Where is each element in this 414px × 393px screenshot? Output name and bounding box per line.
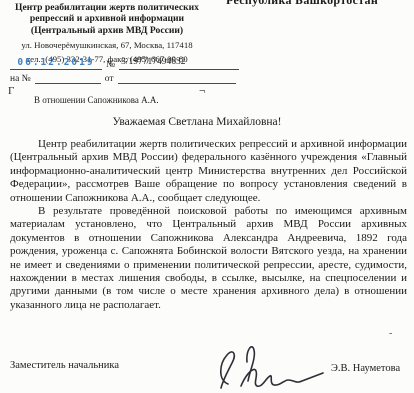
subject-line: В отношении Сапожникова А.А. [34, 95, 159, 105]
reference-row-outgoing: 06.12.2019 № 3/197717494632 [10, 57, 242, 70]
from-label: от [101, 74, 118, 84]
address-zone-corner-left: Г [8, 85, 14, 97]
paragraph: В результате проведённой поисковой работ… [10, 205, 407, 312]
recipient-region: Республика Башкортостан [226, 0, 378, 8]
scanned-letter-page: Центр реабилитации жертв политических ре… [0, 0, 414, 393]
date-stamp: 06.12.2019 [17, 57, 94, 68]
from-date-blank [118, 71, 236, 84]
scan-artifact-dash: - [389, 328, 392, 339]
letterhead: Центр реабилитации жертв политических ре… [10, 2, 204, 65]
letter-body: Центр реабилитации жертв политических ре… [10, 138, 407, 312]
date-stamp-line: 06.12.2019 [10, 57, 102, 70]
paragraph: Центр реабилитации жертв политических ре… [10, 138, 407, 205]
organization-name-secondary: (Центральный архив МВД России) [10, 25, 204, 36]
reference-block: 06.12.2019 № 3/197717494632 на № от [10, 57, 242, 84]
reference-row-incoming: на № от [10, 71, 242, 84]
organization-name: Центр реабилитации жертв политических ре… [10, 2, 204, 25]
reply-to-label: на № [10, 74, 35, 84]
organization-address: ул. Новочерёмушкинская, 67, Москва, 1174… [10, 40, 204, 51]
address-zone-corner-right: ¬ [199, 85, 205, 97]
reply-number-blank [35, 71, 101, 84]
handwritten-signature [208, 338, 338, 393]
number-label: № [102, 60, 119, 70]
signer-position: Заместитель начальника [10, 360, 119, 371]
salutation: Уважаемая Светлана Михайловна! [0, 116, 394, 128]
outgoing-number: 3/197717494632 [119, 57, 239, 70]
signer-name: Э.В. Науметова [331, 363, 400, 374]
